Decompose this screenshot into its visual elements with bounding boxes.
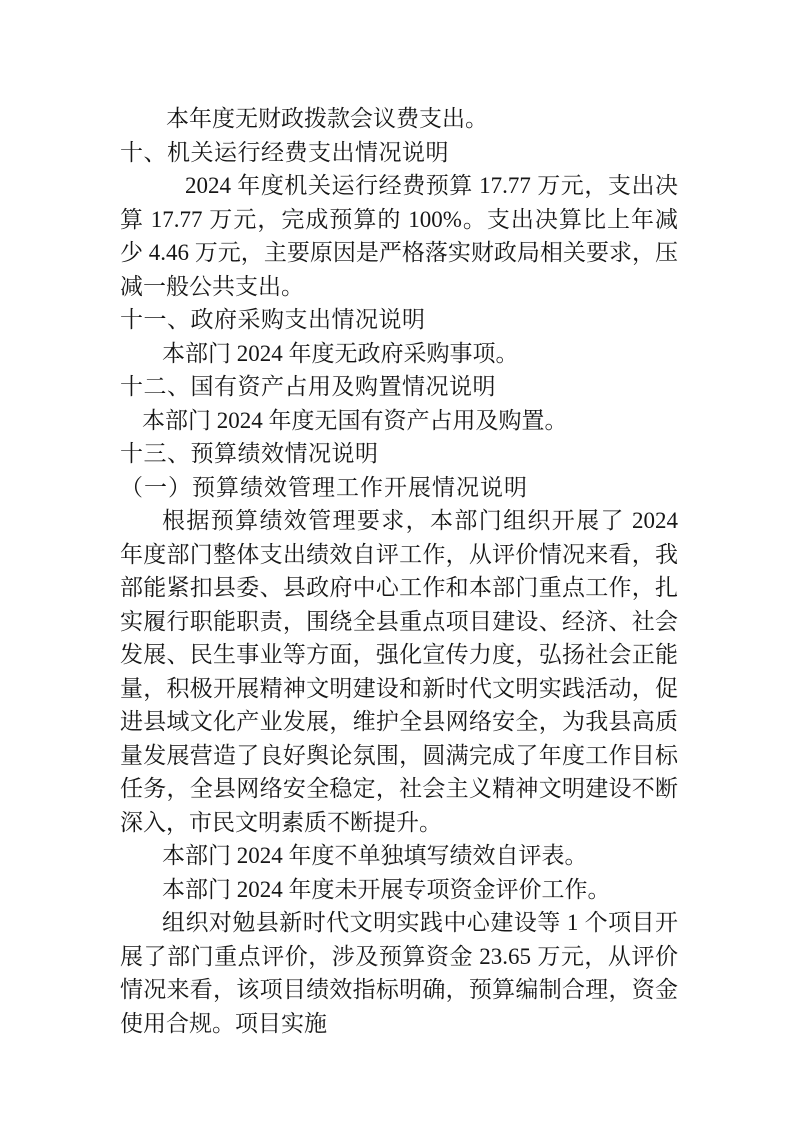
paragraph-no-state-assets: 本部门 2024 年度无国有资产占用及购置。 xyxy=(120,404,678,438)
paragraph-no-meeting-fee-expense: 本年度无财政拨款会议费支出。 xyxy=(120,102,678,136)
heading-section-12-state-assets: 十二、国有资产占用及购置情况说明 xyxy=(120,370,678,404)
paragraph-no-separate-self-evaluation-form: 本部门 2024 年度不单独填写绩效自评表。 xyxy=(120,839,678,873)
paragraph-key-project-evaluation: 组织对勉县新时代文明实践中心建设等 1 个项目开展了部门重点评价，涉及预算资金 … xyxy=(120,906,678,1040)
heading-section-10-agency-operating-expense: 十、机关运行经费支出情况说明 xyxy=(120,136,678,170)
paragraph-agency-operating-expense-detail: 2024 年度机关运行经费预算 17.77 万元，支出决算 17.77 万元，完… xyxy=(120,169,678,303)
paragraph-performance-self-evaluation: 根据预算绩效管理要求，本部门组织开展了 2024 年度部门整体支出绩效自评工作，… xyxy=(120,504,678,839)
document-page: 本年度无财政拨款会议费支出。 十、机关运行经费支出情况说明 2024 年度机关运… xyxy=(0,0,793,1122)
document-content: 本年度无财政拨款会议费支出。 十、机关运行经费支出情况说明 2024 年度机关运… xyxy=(120,102,678,1040)
paragraph-no-special-fund-evaluation: 本部门 2024 年度未开展专项资金评价工作。 xyxy=(120,873,678,907)
heading-section-11-government-procurement: 十一、政府采购支出情况说明 xyxy=(120,303,678,337)
paragraph-no-government-procurement: 本部门 2024 年度无政府采购事项。 xyxy=(120,337,678,371)
heading-section-13-budget-performance: 十三、预算绩效情况说明 xyxy=(120,437,678,471)
subheading-performance-management-work: （一）预算绩效管理工作开展情况说明 xyxy=(120,471,678,505)
